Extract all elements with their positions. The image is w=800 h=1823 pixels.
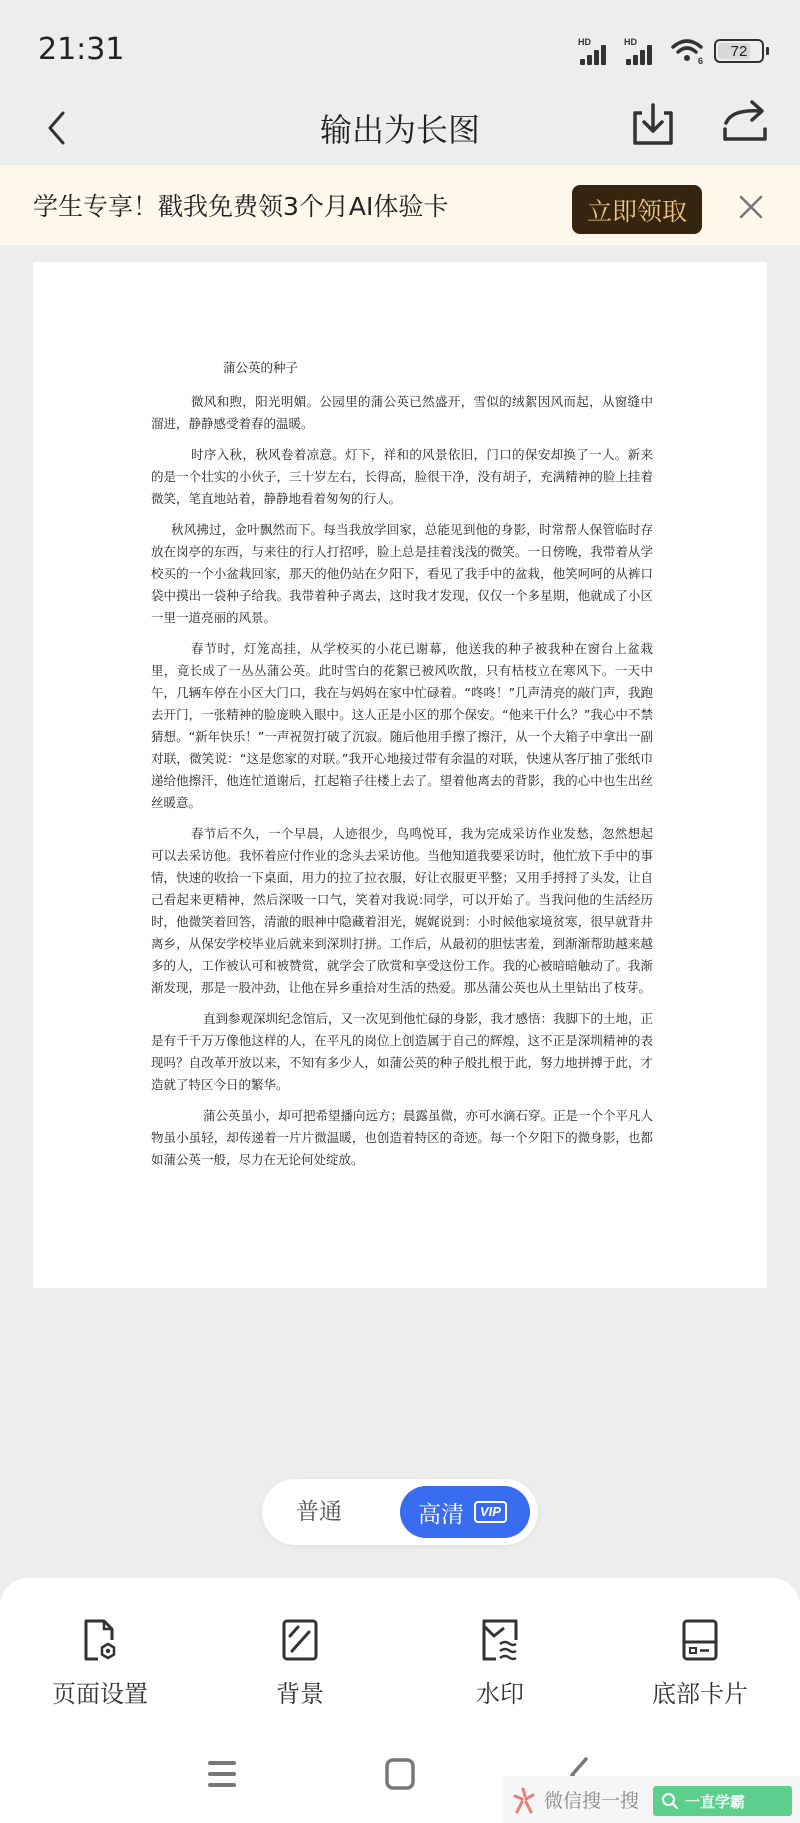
wechat-search-text: 微信搜一搜	[544, 1786, 639, 1813]
background-icon	[280, 1618, 320, 1662]
bottom-card-icon	[680, 1618, 720, 1662]
bottom-card-button[interactable]: 底部卡片	[600, 1616, 800, 1709]
document-paragraph: 蒲公英虽小，却可把希望播向远方；晨露虽微，亦可水滴石穿。正是一个个平凡人物虽小虽…	[151, 1105, 653, 1171]
wechat-search-star-icon	[511, 1786, 539, 1814]
toolbar: 页面设置 背景 水印	[0, 1616, 800, 1709]
document-paragraph: 春节时，灯笼高挂，从学校买的小花已谢幕，他送我的种子被我种在窗台上盆栽里，竟长成…	[151, 638, 653, 814]
battery-level: 72	[731, 43, 748, 60]
status-icons: HD HD 6 72	[578, 36, 764, 66]
document-paragraph: 春节后不久，一个早晨，人迹很少，鸟鸣悦耳，我为完成采访作业发愁，忽然想起可以去采…	[151, 823, 653, 999]
document-content: 蒲公英的种子 微风和煦，阳光明媚。公园里的蒲公英已然盛开，雪似的绒絮因风而起，从…	[151, 358, 653, 1180]
long-image-preview: 蒲公英的种子 微风和煦，阳光明媚。公园里的蒲公英已然盛开，雪似的绒絮因风而起，从…	[33, 262, 767, 1288]
cellular-signal-icon: HD	[578, 37, 616, 65]
search-icon	[661, 1792, 679, 1810]
close-icon	[736, 192, 766, 222]
home-button[interactable]	[383, 1757, 417, 1795]
watermark-button[interactable]: 水印	[400, 1616, 600, 1709]
page-settings-label: 页面设置	[52, 1674, 148, 1709]
promo-text: 学生专享！戳我免费领3个月AI体验卡	[33, 187, 448, 223]
page-title: 输出为长图	[0, 105, 800, 151]
cellular-signal-icon-2: HD	[624, 37, 662, 65]
watermark-icon	[480, 1618, 520, 1662]
page-settings-button[interactable]: 页面设置	[0, 1616, 200, 1709]
background-label: 背景	[276, 1674, 324, 1709]
document-paragraph: 直到参观深圳纪念馆后，又一次见到他忙碌的身影，我才感悟：我脚下的土地，正是有千千…	[151, 1008, 653, 1096]
vip-badge: VIP	[474, 1501, 507, 1523]
watermark-label: 水印	[476, 1674, 524, 1709]
battery-indicator: 72	[714, 39, 764, 63]
status-bar: 21:31 HD HD 6 72	[0, 0, 800, 95]
bottom-card-label: 底部卡片	[652, 1674, 748, 1709]
home-icon	[383, 1757, 417, 1791]
document-paragraph: 秋风拂过，金叶飘然而下。每当我放学回家，总能见到他的身影，时常帮人保管临时存放在…	[151, 519, 653, 629]
background-button[interactable]: 背景	[200, 1616, 400, 1709]
recent-apps-button[interactable]	[207, 1759, 237, 1793]
share-button[interactable]	[720, 95, 770, 149]
wechat-search-overlay: 微信搜一搜 一直学霸	[503, 1776, 800, 1823]
wifi-icon: 6	[670, 37, 706, 65]
claim-now-button[interactable]: 立即领取	[572, 185, 702, 234]
quality-option-hd[interactable]: 高清 VIP	[400, 1486, 530, 1538]
download-button[interactable]	[630, 99, 676, 149]
page-settings-icon	[80, 1618, 120, 1662]
menu-icon	[207, 1759, 237, 1789]
document-title: 蒲公英的种子	[151, 358, 653, 378]
share-icon	[720, 95, 770, 149]
svg-text:6: 6	[698, 56, 703, 65]
promo-banner: 学生专享！戳我免费领3个月AI体验卡 立即领取	[0, 165, 800, 245]
document-paragraph: 时序入秋，秋风卷着凉意。灯下，祥和的风景依旧，门口的保安却换了一人。新来的是一个…	[151, 444, 653, 510]
top-nav-bar: 输出为长图	[0, 95, 800, 165]
document-paragraph: 微风和煦，阳光明媚。公园里的蒲公英已然盛开，雪似的绒絮因风而起，从窗缝中溜进，静…	[151, 391, 653, 435]
status-time: 21:31	[38, 32, 124, 67]
download-icon	[630, 99, 676, 149]
close-promo-button[interactable]	[736, 192, 766, 222]
quality-option-hd-label: 高清	[418, 1496, 464, 1529]
wechat-search-keyword: 一直学霸	[685, 1791, 745, 1812]
quality-option-normal[interactable]: 普通	[296, 1493, 342, 1526]
quality-toggle: 普通 高清 VIP	[262, 1479, 538, 1545]
wechat-search-button[interactable]: 一直学霸	[653, 1786, 792, 1816]
